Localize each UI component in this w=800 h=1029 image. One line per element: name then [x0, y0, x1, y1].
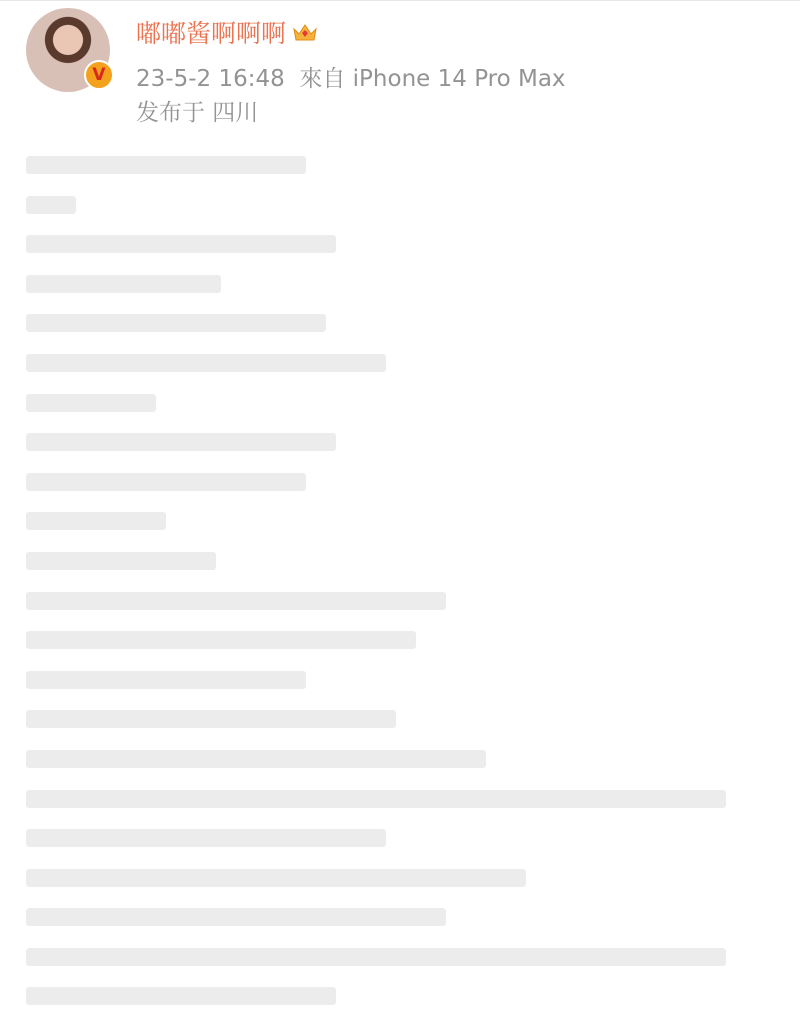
body-line: [26, 263, 786, 303]
redacted-text-placeholder: [26, 671, 306, 689]
post-meta: 23-5-2 16:48 來自 iPhone 14 Pro Max: [136, 60, 566, 93]
body-line: [26, 896, 786, 936]
body-line: [26, 144, 786, 184]
redacted-text-placeholder: [26, 512, 166, 530]
post-body: [26, 144, 786, 1015]
body-line: [26, 342, 786, 382]
author-row: 嘟嘟酱啊啊啊: [136, 14, 318, 50]
redacted-text-placeholder: [26, 473, 306, 491]
body-line: [26, 500, 786, 540]
username-link[interactable]: 嘟嘟酱啊啊啊: [136, 14, 286, 50]
redacted-text-placeholder: [26, 394, 156, 412]
body-line: [26, 302, 786, 342]
redacted-text-placeholder: [26, 552, 216, 570]
redacted-text-placeholder: [26, 433, 336, 451]
redacted-text-placeholder: [26, 196, 76, 214]
body-line: [26, 223, 786, 263]
crown-icon: [292, 21, 318, 43]
redacted-text-placeholder: [26, 235, 336, 253]
body-line: [26, 461, 786, 501]
redacted-text-placeholder: [26, 314, 326, 332]
body-line: [26, 698, 786, 738]
body-line: [26, 778, 786, 818]
redacted-text-placeholder: [26, 948, 726, 966]
body-line: [26, 421, 786, 461]
body-line: [26, 184, 786, 224]
redacted-text-placeholder: [26, 275, 221, 293]
body-line: [26, 936, 786, 976]
redacted-text-placeholder: [26, 908, 446, 926]
redacted-text-placeholder: [26, 829, 386, 847]
body-line: [26, 540, 786, 580]
redacted-text-placeholder: [26, 710, 396, 728]
verified-v-icon: V: [84, 60, 114, 90]
redacted-text-placeholder: [26, 869, 526, 887]
body-line: [26, 659, 786, 699]
body-line: [26, 619, 786, 659]
scroll-fade: [0, 1011, 800, 1029]
post-location: 发布于 四川: [136, 94, 258, 127]
redacted-text-placeholder: [26, 790, 726, 808]
body-line: [26, 975, 786, 1015]
body-line: [26, 857, 786, 897]
redacted-text-placeholder: [26, 592, 446, 610]
body-line: [26, 817, 786, 857]
redacted-text-placeholder: [26, 631, 416, 649]
redacted-text-placeholder: [26, 987, 336, 1005]
body-line: [26, 382, 786, 422]
redacted-text-placeholder: [26, 156, 306, 174]
source-device: 來自 iPhone 14 Pro Max: [299, 66, 565, 92]
redacted-text-placeholder: [26, 354, 386, 372]
avatar[interactable]: V: [26, 8, 110, 92]
body-line: [26, 738, 786, 778]
redacted-text-placeholder: [26, 750, 486, 768]
top-divider: [0, 0, 800, 1]
body-line: [26, 580, 786, 620]
timestamp: 23-5-2 16:48: [136, 66, 285, 92]
post-header: V 嘟嘟酱啊啊啊 23-5-2 16:48 來自 iPhone 14 Pro M…: [26, 8, 786, 128]
